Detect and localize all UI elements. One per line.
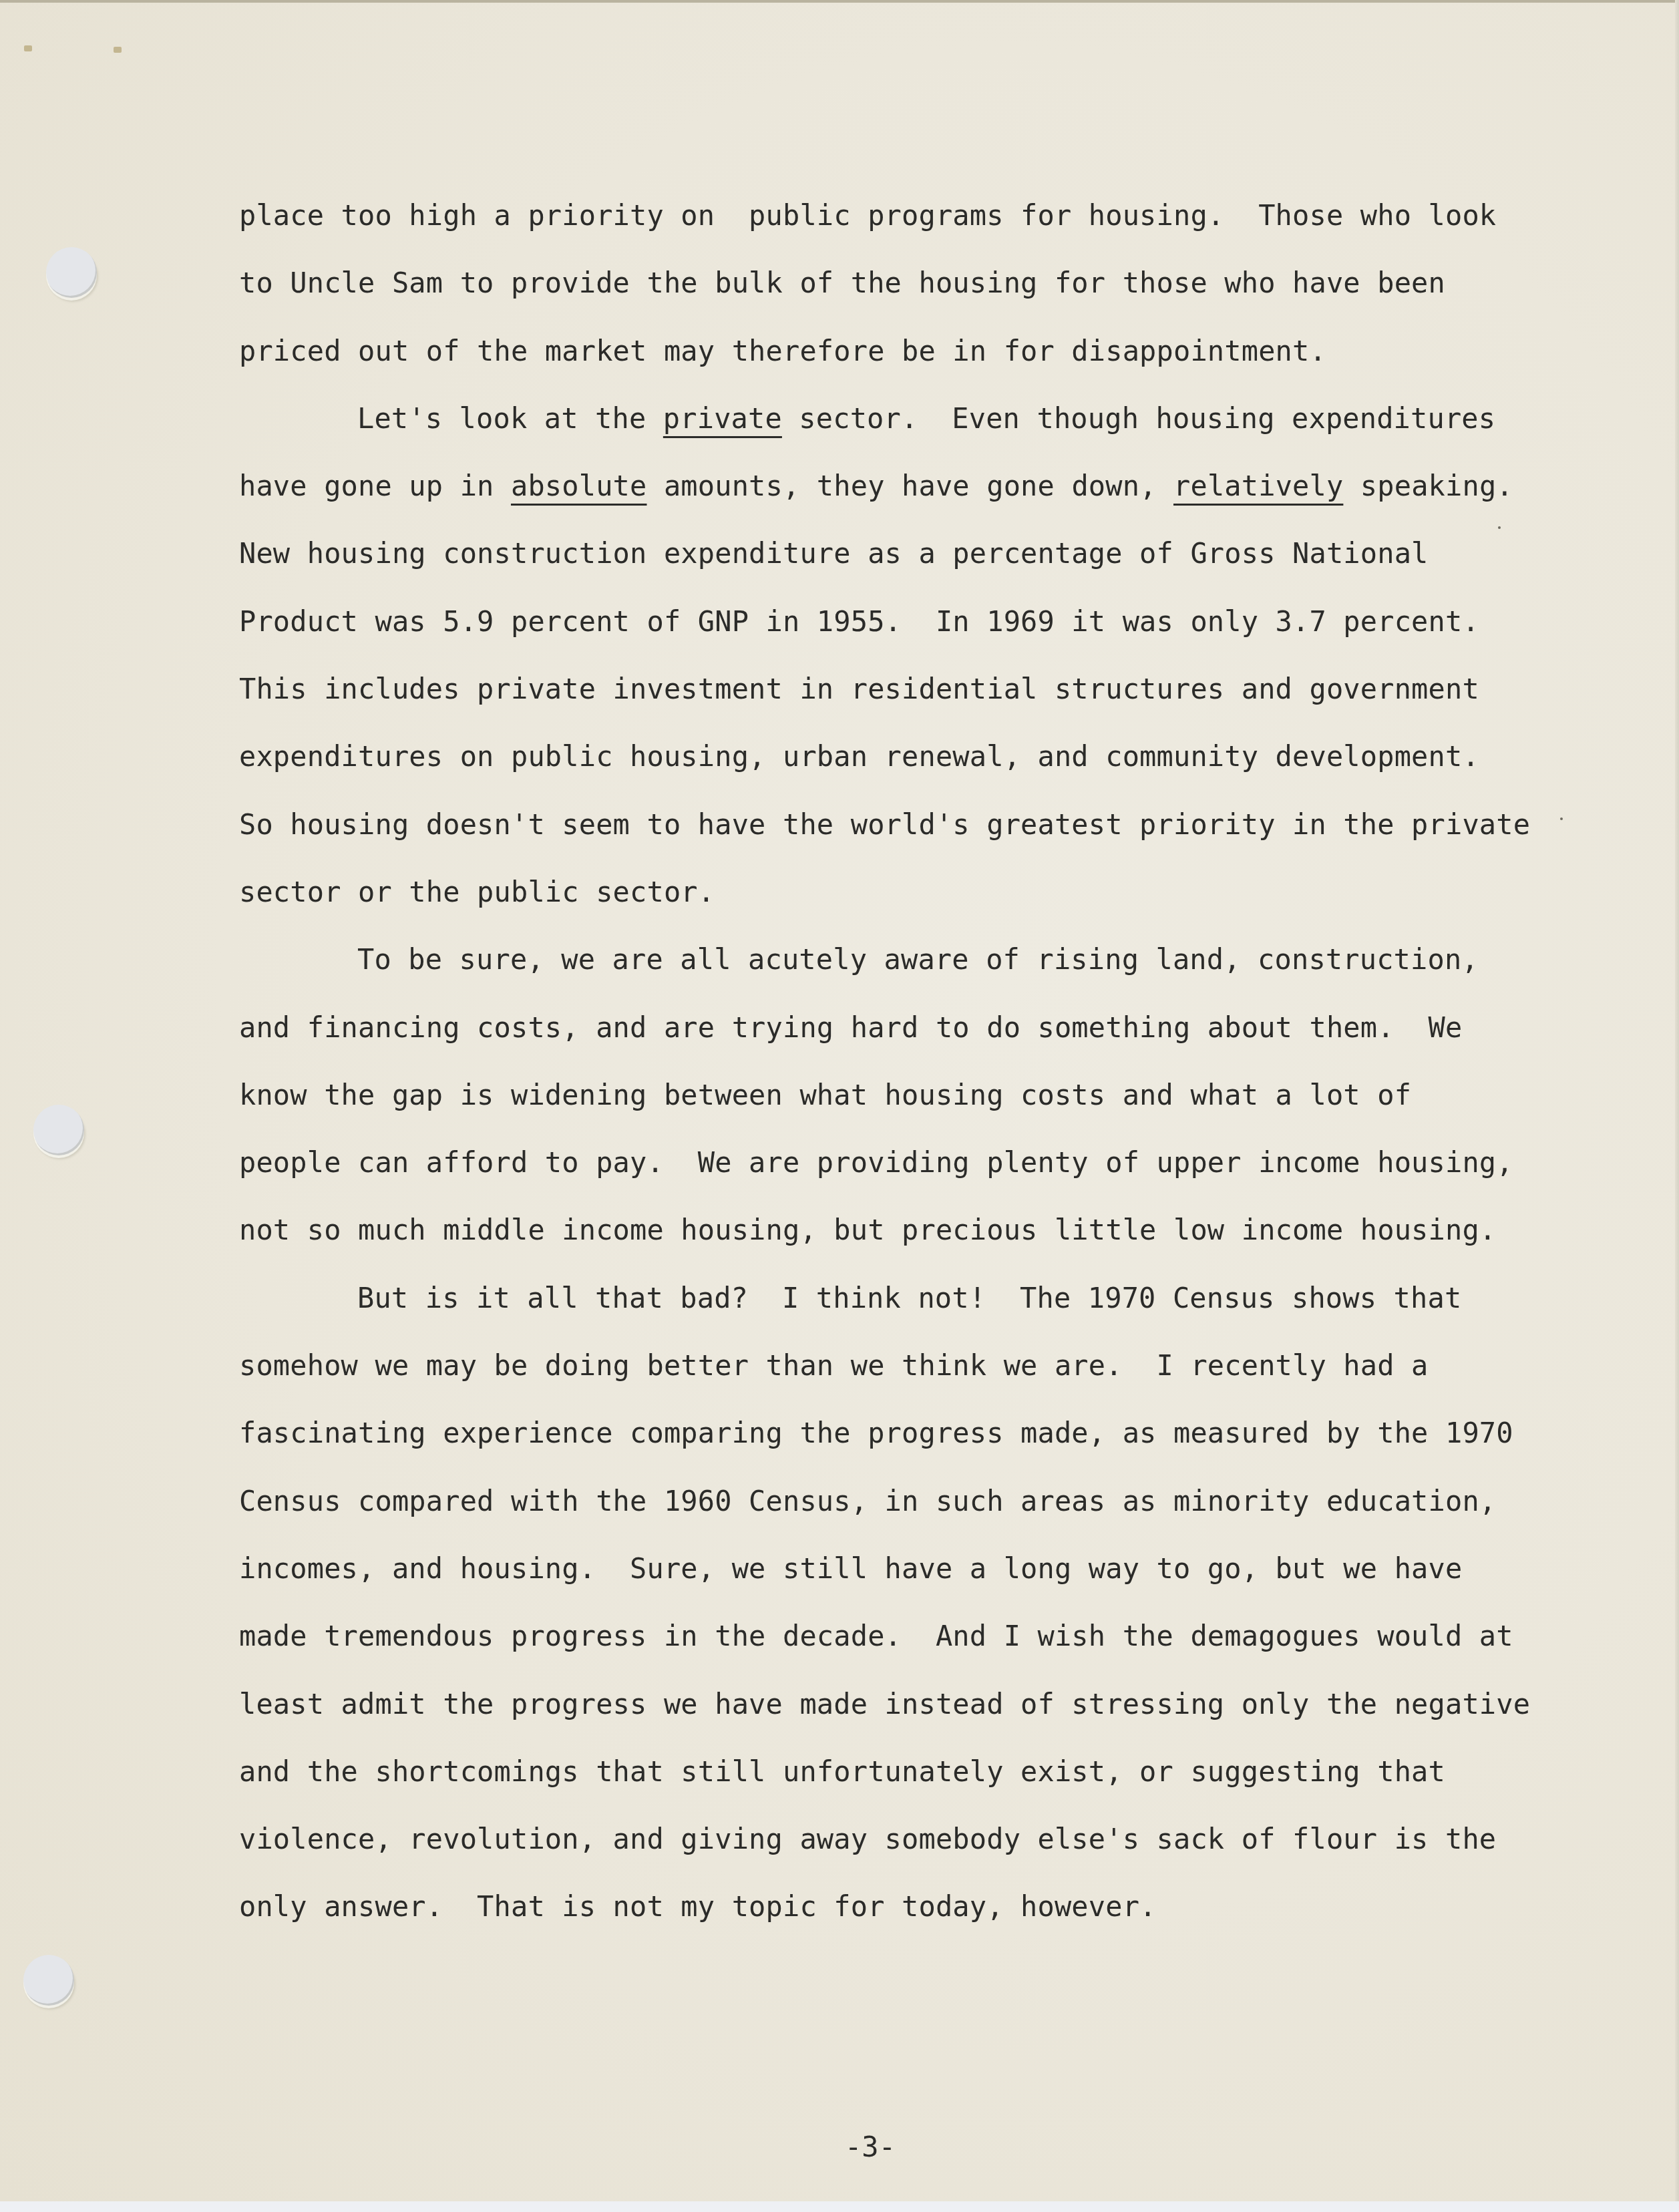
text-line: and the shortcomings that still unfortun… xyxy=(239,1738,1588,1805)
text-segment: Let's look at the xyxy=(357,402,663,435)
text-line: made tremendous progress in the decade. … xyxy=(239,1602,1588,1670)
paragraph-1: place too high a priority on public prog… xyxy=(239,182,1588,385)
text-line: have gone up in absolute amounts, they h… xyxy=(239,452,1588,520)
text-line: Census compared with the 1960 Census, in… xyxy=(239,1467,1588,1535)
paragraph-2: Let's look at the private sector. Even t… xyxy=(239,385,1588,926)
underlined-word-relatively: relatively xyxy=(1173,470,1343,502)
text-line: not so much middle income housing, but p… xyxy=(239,1196,1588,1264)
text-line: New housing construction expenditure as … xyxy=(239,520,1588,587)
page-number: -3- xyxy=(803,2127,937,2167)
paragraph-3: To be sure, we are all acutely aware of … xyxy=(239,926,1588,1264)
page-right-edge xyxy=(1675,0,1679,2201)
text-line: So housing doesn't seem to have the worl… xyxy=(239,791,1588,858)
binder-hole-top xyxy=(46,247,97,298)
text-line: know the gap is widening between what ho… xyxy=(239,1061,1588,1129)
page-top-edge xyxy=(0,0,1679,3)
text-line: to Uncle Sam to provide the bulk of the … xyxy=(239,249,1588,317)
text-line: least admit the progress we have made in… xyxy=(239,1670,1588,1738)
text-line: only answer. That is not my topic for to… xyxy=(239,1873,1588,1940)
staple-mark-icon xyxy=(24,45,32,51)
text-line: Let's look at the private sector. Even t… xyxy=(239,385,1588,452)
text-line: fascinating experience comparing the pro… xyxy=(239,1399,1588,1467)
underlined-word-absolute: absolute xyxy=(511,470,647,502)
text-line: This includes private investment in resi… xyxy=(239,655,1588,723)
underlined-word-private: private xyxy=(663,402,782,435)
text-line: place too high a priority on public prog… xyxy=(239,182,1588,249)
text-segment: amounts, they have gone down, xyxy=(646,470,1173,502)
scan-bottom-margin xyxy=(0,2201,1679,2212)
text-line: priced out of the market may therefore b… xyxy=(239,317,1588,385)
document-body: place too high a priority on public prog… xyxy=(239,182,1588,1941)
text-line: sector or the public sector. xyxy=(239,858,1588,926)
text-line: expenditures on public housing, urban re… xyxy=(239,723,1588,790)
text-segment: speaking. xyxy=(1343,470,1513,502)
text-segment: sector. Even though housing expenditures xyxy=(782,402,1495,435)
text-line: Product was 5.9 percent of GNP in 1955. … xyxy=(239,588,1588,655)
text-segment: have gone up in xyxy=(239,470,511,502)
text-line: people can afford to pay. We are providi… xyxy=(239,1129,1588,1196)
text-line: somehow we may be doing better than we t… xyxy=(239,1332,1588,1399)
paper-page: place too high a priority on public prog… xyxy=(0,0,1679,2201)
binder-hole-bottom xyxy=(23,1955,74,2006)
paragraph-4: But is it all that bad? I think not! The… xyxy=(239,1264,1588,1941)
text-line: But is it all that bad? I think not! The… xyxy=(239,1264,1588,1332)
text-line: violence, revolution, and giving away so… xyxy=(239,1805,1588,1873)
text-line: and financing costs, and are trying hard… xyxy=(239,994,1588,1061)
text-line: To be sure, we are all acutely aware of … xyxy=(239,926,1588,993)
text-line: incomes, and housing. Sure, we still hav… xyxy=(239,1535,1588,1602)
binder-hole-middle xyxy=(33,1105,84,1155)
staple-mark-icon xyxy=(114,47,122,53)
